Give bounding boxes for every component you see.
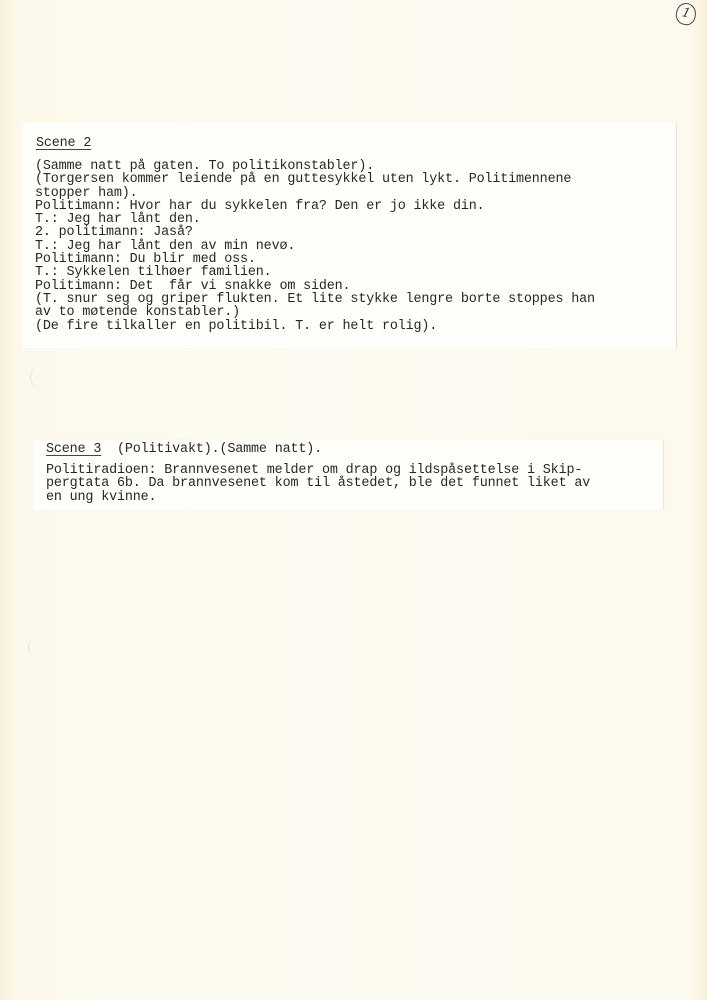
script-line: (Torgersen kommer leiende på en guttesyk…: [35, 173, 595, 186]
scene-2-heading: Scene 2: [36, 136, 91, 151]
script-line: av to møtende konstabler.): [35, 306, 595, 319]
script-line: (T. snur seg og griper flukten. Et lite …: [35, 293, 595, 306]
script-line: T.: Sykkelen tilhøer familien.: [35, 266, 595, 279]
script-line: en ung kvinne.: [46, 491, 590, 504]
paper-smudge: [28, 640, 43, 654]
paper-smudge: [30, 366, 51, 388]
script-line: pergtata 6b. Da brannvesenet kom til åst…: [46, 477, 590, 490]
scene-3-heading: Scene 3: [46, 442, 101, 457]
scene-2-body: (Samme natt på gaten. To politikonstable…: [35, 160, 595, 333]
scene-3-heading-line: Scene 3 (Politivakt).(Samme natt).: [46, 443, 322, 456]
script-line: T.: Jeg har lånt den.: [35, 213, 595, 226]
script-line: T.: Jeg har lånt den av min nevø.: [35, 240, 595, 253]
scene-3-body: Politiradioen: Brannvesenet melder om dr…: [46, 464, 590, 504]
script-line: Politiradioen: Brannvesenet melder om dr…: [46, 464, 590, 477]
script-line: 2. politimann: Jaså?: [35, 226, 595, 239]
script-line: Politimann: Hvor har du sykkelen fra? De…: [35, 200, 595, 213]
scene-2-strip: Scene 2 (Samme natt på gaten. To politik…: [22, 122, 677, 348]
scene-3-strip: Scene 3 (Politivakt).(Samme natt). Polit…: [33, 440, 664, 510]
scene-2-heading-line: Scene 2: [36, 137, 91, 150]
script-line: (Samme natt på gaten. To politikonstable…: [35, 160, 595, 173]
script-line: stopper ham).: [35, 187, 595, 200]
page-number: 1: [674, 1, 699, 27]
script-line: Politimann: Det får vi snakke om siden.: [35, 280, 595, 293]
scene-3-setting: (Politivakt).(Samme natt).: [101, 442, 322, 457]
script-line: Politimann: Du blir med oss.: [35, 253, 595, 266]
script-line: (De fire tilkaller en politibil. T. er h…: [35, 320, 595, 333]
